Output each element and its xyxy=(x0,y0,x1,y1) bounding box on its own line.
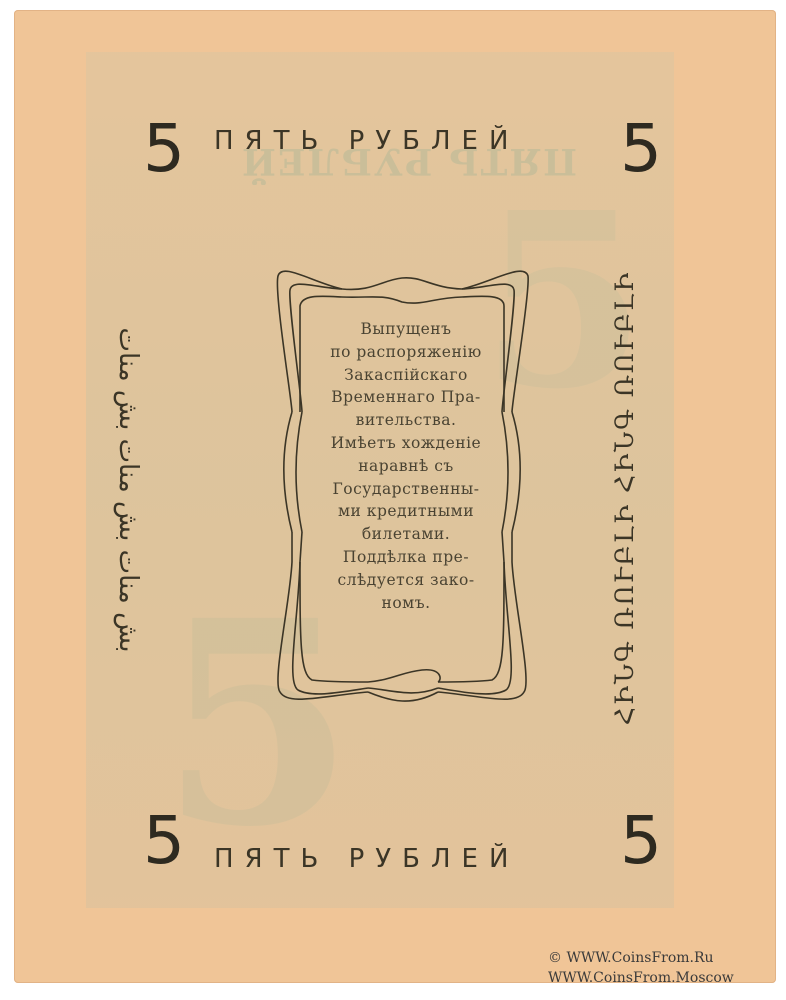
issue-statement-text: Выпущенъ по распоряженію Закаспійскаго В… xyxy=(300,318,512,614)
statement-line: Закаспійскаго xyxy=(300,364,512,387)
statement-line: Государственны- xyxy=(300,478,512,501)
watermark-line-1: © WWW.CoinsFrom.Ru xyxy=(548,948,734,968)
statement-line: Поддѣлка пре- xyxy=(300,546,512,569)
statement-line: Имѣетъ хожденіе xyxy=(300,432,512,455)
statement-line: Временнаго Пра- xyxy=(300,386,512,409)
copyright-watermark: © WWW.CoinsFrom.Ru WWW.CoinsFrom.Moscow xyxy=(548,948,734,988)
statement-line: ми кредитными xyxy=(300,500,512,523)
bottom-denomination-text: ПЯТЬ РУБЛЕЙ xyxy=(214,846,519,872)
top-denomination-text: ПЯТЬ РУБЛЕЙ xyxy=(214,128,519,154)
top-right-numeral: 5 xyxy=(620,116,662,182)
statement-line: вительства. xyxy=(300,409,512,432)
watermark-line-2: WWW.CoinsFrom.Moscow xyxy=(548,968,734,988)
statement-line: наравнѣ съ xyxy=(300,455,512,478)
left-vertical-turkic-text: بش منات بش منات بش منات xyxy=(93,270,143,710)
statement-line: номъ. xyxy=(300,592,512,615)
bottom-right-numeral: 5 xyxy=(620,808,662,874)
right-vertical-armenian-text: ՀԻՆԳ ՌՈՒԲԼԻ ՀԻՆԳ ՌՈՒԲԼԻ xyxy=(610,258,654,738)
statement-line: билетами. xyxy=(300,523,512,546)
statement-line: Выпущенъ xyxy=(300,318,512,341)
statement-line: слѣдуется зако- xyxy=(300,569,512,592)
statement-line: по распоряженію xyxy=(300,341,512,364)
top-left-numeral: 5 xyxy=(143,116,185,182)
bottom-left-numeral: 5 xyxy=(143,808,185,874)
